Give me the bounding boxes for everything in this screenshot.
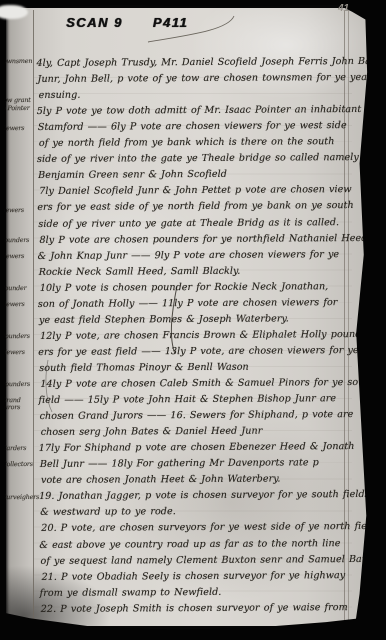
corner-page-number: 41 [338,3,349,14]
manuscript-line: chosen Grand Jurors —— 16. Sewers for Sh… [40,409,354,422]
manuscript-line: chosen serg John Bates & Daniel Heed Jun… [41,426,263,438]
manuscript-line: & westward up to ye rode. [40,506,176,518]
manuscript-line: side of ye river into the gate ye Theale… [37,152,359,165]
manuscript-line: of ye sequest land namely Clement Buxton… [40,553,379,566]
manuscript-line: 5ly P vote ye tow doth admitt of Mr. Isa… [37,104,375,117]
manuscript-line: Stamford —— 6ly P vote are chosen viewer… [38,120,347,133]
manuscript-line: 7ly Daniel Scofield Junr & John Pettet p… [39,184,351,197]
manuscript-line: side of ye river unto ye gate at Theale … [38,217,339,230]
scan-notch [0,5,28,19]
manuscript-line: south field Thomas Pinoyr & Benll Wason [39,362,249,374]
manuscript-line: 4ly, Capt Joseph Trusdy, Mr. Daniel Scof… [36,56,385,69]
page-number-stamp: P411 [153,15,188,30]
manuscript-line: & east above ye country road up as far a… [39,538,340,551]
manuscript-line: & John Knap Junr —— 9ly P vote are chose… [38,249,340,262]
manuscript-line: field —— 15ly P vote John Hait & Stephen… [38,393,336,406]
manuscript-line: ers for ye east field —— 13ly P vote, ar… [38,345,359,358]
margin-note: Collectors [2,461,37,468]
manuscript-line: ensuing. [39,90,81,101]
manuscript-line: 20. P vote, are chosen surveyors for ye … [41,521,376,534]
scanned-manuscript-page: SCAN 9P411 4ly, Capt Joseph Trusdy, Mr. … [0,0,386,640]
handwritten-text-layer: 4ly, Capt Joseph Trusdy, Mr. Daniel Scof… [0,0,386,640]
manuscript-line: Junr, John Bell, p vote of ye tow are ch… [37,72,371,85]
manuscript-line: 22. P vote Joseph Smith is chosen survey… [41,602,348,615]
manuscript-line: 19. Jonathan Jagger, p vote is chosen su… [39,489,370,502]
manuscript-line: ers for ye east side of ye north field f… [37,200,354,213]
manuscript-line: from ye dismall swamp to Newfield. [40,586,222,598]
archive-stamp: SCAN 9P411 [66,15,188,30]
manuscript-line: 10ly P vote is chosen pounder for Rockie… [40,281,329,294]
manuscript-line: vote are chosen Jonath Heet & John Water… [41,474,281,486]
manuscript-line: Rockie Neck Samll Heed, Samll Blackly. [39,265,241,277]
manuscript-line: of ye north field from ye bank which is … [39,136,335,149]
scan-border-left [0,0,7,640]
manuscript-line: 8ly P vote are chosen pounders for ye no… [39,232,367,245]
manuscript-line: ye east field Stephen Bomes & Joseph Wat… [39,313,289,326]
manuscript-line: 21. P vote Obadiah Seely is chosen surve… [42,570,346,583]
manuscript-line: Bell Junr —— 18ly For gathering Mr Daven… [40,457,319,470]
margin-note: Carders [2,445,37,452]
scan-number-stamp: SCAN 9 [66,15,123,30]
manuscript-line: Benjamin Green senr & John Scofield [38,169,227,181]
margin-note: Surveighers [2,494,37,501]
manuscript-line: 17ly For Shiphand p vote are chosen Eben… [39,441,355,454]
manuscript-line: 12ly P vote, are chosen Francis Brown & … [40,329,361,342]
manuscript-line: son of Jonath Holly —— 11ly P vote are c… [38,297,338,310]
manuscript-line: 14ly P vote are chosen Caleb Smith & Sam… [40,377,374,390]
